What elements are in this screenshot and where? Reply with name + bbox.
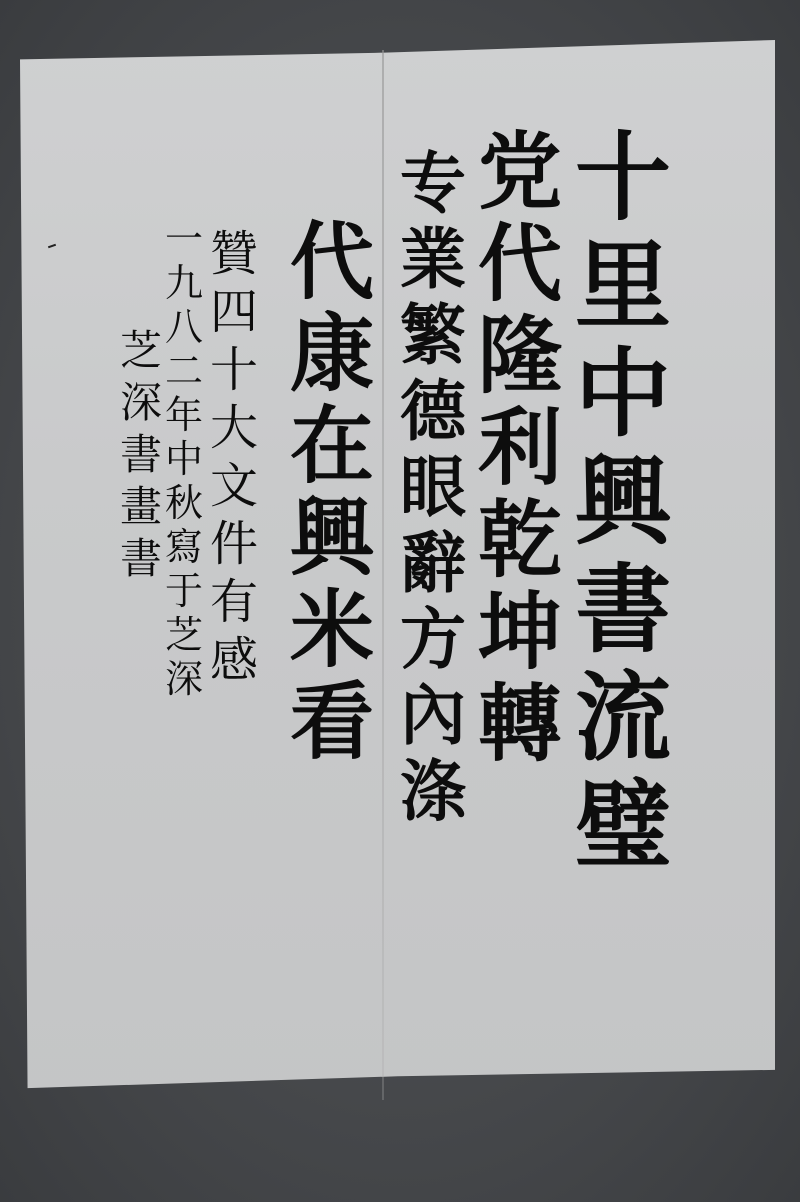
character: 年 — [165, 396, 203, 434]
inscription-column-1: 贊 四 十 大 文 件 有 感 — [210, 230, 258, 694]
main-column-4: 代 康 在 興 米 看 — [290, 220, 374, 772]
character: 芝 — [120, 330, 162, 372]
character: 畫 — [120, 486, 162, 528]
character: 十 — [210, 346, 258, 394]
character: 九 — [165, 264, 203, 302]
character: 大 — [210, 404, 258, 452]
character: 坤 — [478, 590, 562, 674]
character: 繁 — [400, 302, 466, 368]
character: 書 — [120, 538, 162, 580]
character: 芝 — [165, 616, 203, 654]
character: 件 — [210, 520, 258, 568]
character: 辭 — [400, 530, 466, 596]
character: 十 — [575, 130, 671, 226]
character: 深 — [165, 660, 203, 698]
character: 流 — [575, 670, 671, 766]
character: 一 — [165, 220, 203, 258]
character: 方 — [400, 606, 466, 672]
character: 四 — [210, 288, 258, 336]
character: 利 — [478, 406, 562, 490]
character: 轉 — [478, 682, 562, 766]
inscription-column-2: 一 九 八 二 年 中 秋 寫 于 芝 深 — [165, 220, 203, 704]
character: 在 — [290, 404, 374, 488]
character: 中 — [575, 346, 671, 442]
character: 涤 — [400, 758, 466, 824]
character: 乾 — [478, 498, 562, 582]
character: 隆 — [478, 314, 562, 398]
main-column-3: 专 業 繁 德 眼 辭 方 內 涤 — [400, 150, 466, 834]
character: 中 — [165, 440, 203, 478]
character: 感 — [210, 636, 258, 684]
character: 里 — [575, 238, 671, 334]
character: 德 — [400, 378, 466, 444]
character: 興 — [575, 454, 671, 550]
character: 代 — [290, 220, 374, 304]
character: 米 — [290, 588, 374, 672]
character: 八 — [165, 308, 203, 346]
character: 二 — [165, 352, 203, 390]
character: 深 — [120, 382, 162, 424]
character: 內 — [400, 682, 466, 748]
character: 文 — [210, 462, 258, 510]
character: 于 — [165, 572, 203, 610]
paper-fold-line — [382, 50, 384, 1100]
character: 書 — [120, 434, 162, 476]
character: 党 — [478, 130, 562, 214]
character: 書 — [575, 562, 671, 658]
main-column-2: 党 代 隆 利 乾 坤 轉 — [478, 130, 562, 774]
character: 看 — [290, 680, 374, 764]
character: 专 — [400, 150, 466, 216]
character: 興 — [290, 496, 374, 580]
character: 康 — [290, 312, 374, 396]
character: 璧 — [575, 778, 671, 874]
character: 有 — [210, 578, 258, 626]
character: 代 — [478, 222, 562, 306]
inscription-column-3: 芝 深 書 畫 書 — [120, 330, 162, 590]
character: 眼 — [400, 454, 466, 520]
character: 業 — [400, 226, 466, 292]
character: 寫 — [165, 528, 203, 566]
character: 贊 — [210, 230, 258, 278]
character: 秋 — [165, 484, 203, 522]
main-column-1: 十 里 中 興 書 流 璧 — [575, 130, 671, 886]
